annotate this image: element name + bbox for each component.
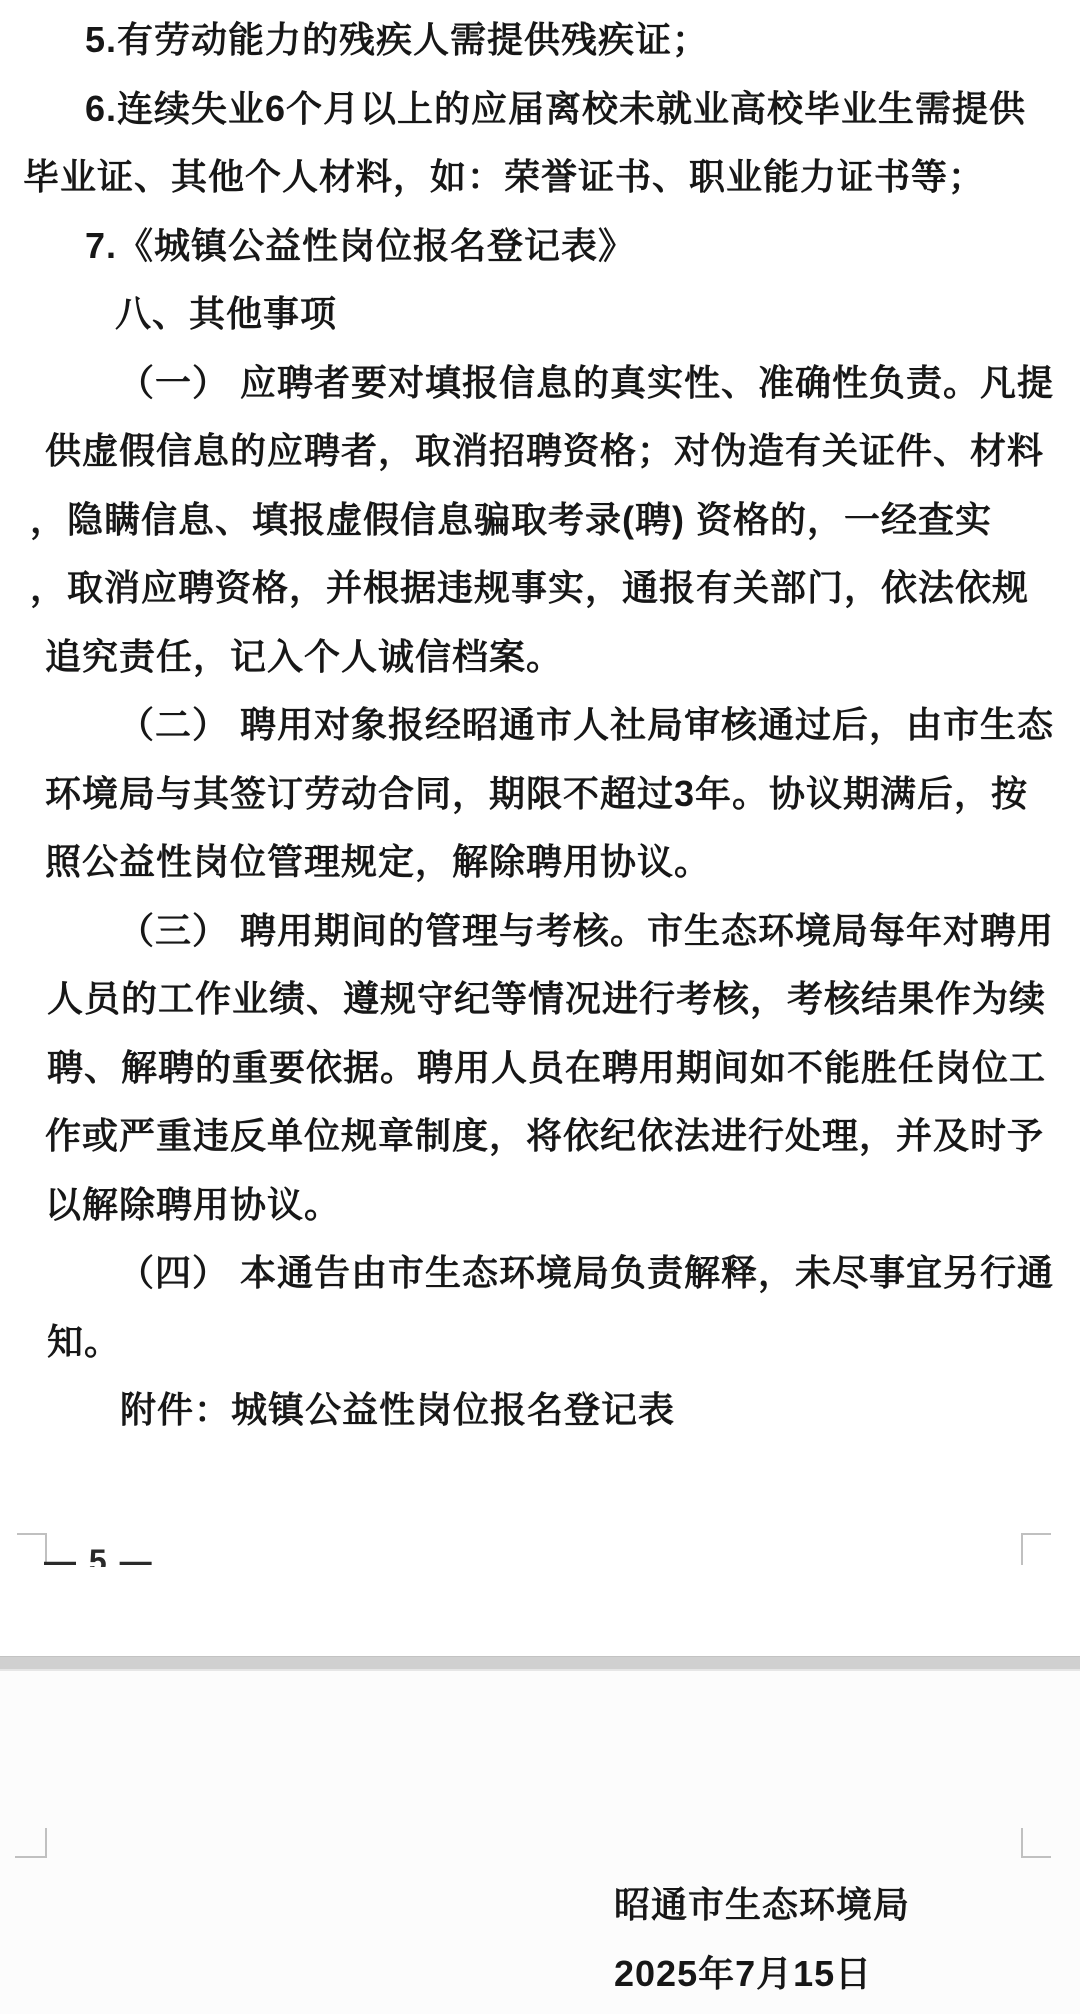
doc-line: （三） 聘用期间的管理与考核。市生态环境局每年对聘用 [118,912,1054,950]
crop-mark-bottom-right-h [1021,1533,1051,1535]
doc-line: 附件：城镇公益性岗位报名登记表 [120,1391,675,1429]
doc-line: 毕业证、其他个人材料，如：荣誉证书、职业能力证书等； [23,158,985,196]
page-5: 5.有劳动能力的残疾人需提供残疾证； 6.连续失业6个月以上的应届离校未就业高校… [0,0,1080,1656]
issuer-signature: 昭通市生态环境局 [614,1886,910,1924]
doc-line: （四） 本通告由市生态环境局负责解释，未尽事宜另行通 [118,1254,1054,1292]
doc-line: ，取消应聘资格，并根据违规事实，通报有关部门，依法依规 [30,569,1029,607]
page-number: — 5 — [44,1545,154,1567]
page-6: 昭通市生态环境局 2025年7月15日 [0,1671,1080,2014]
crop-mark-top-left-v [45,1828,47,1858]
crop-mark-top-right-h [1021,1856,1051,1858]
doc-line: 6.连续失业6个月以上的应届离校未就业高校毕业生需提供 [85,90,1026,128]
doc-line: 人员的工作业绩、遵规守纪等情况进行考核，考核结果作为续 [47,980,1046,1018]
document-viewer[interactable]: 5.有劳动能力的残疾人需提供残疾证； 6.连续失业6个月以上的应届离校未就业高校… [0,0,1080,2014]
doc-line: 知。 [47,1323,121,1361]
crop-mark-top-left-h [15,1856,47,1858]
crop-mark-top-right-v [1021,1828,1023,1858]
issue-date: 2025年7月15日 [614,1955,872,1993]
doc-line: ，隐瞒信息、填报虚假信息骗取考录(聘) 资格的，一经查实 [30,501,992,539]
crop-mark-bottom-right-v [1021,1533,1023,1565]
doc-line: 追究责任，记入个人诚信档案。 [45,638,563,676]
doc-line: （二） 聘用对象报经昭通市人社局审核通过后，由市生态 [118,706,1054,744]
doc-line: （一） 应聘者要对填报信息的真实性、准确性负责。凡提 [118,364,1054,402]
doc-line: 7.《城镇公益性岗位报名登记表》 [85,227,635,265]
doc-line: 照公益性岗位管理规定，解除聘用协议。 [45,843,711,881]
page-divider [0,1656,1080,1671]
doc-line: 供虚假信息的应聘者，取消招聘资格；对伪造有关证件、材料 [45,432,1044,470]
doc-line: 环境局与其签订劳动合同，期限不超过3年。协议期满后，按 [45,775,1028,813]
doc-line: 以解除聘用协议。 [45,1186,341,1224]
crop-mark-bottom-left-h [17,1533,47,1535]
doc-line: 5.有劳动能力的残疾人需提供残疾证； [85,21,709,59]
doc-line: 聘、解聘的重要依据。聘用人员在聘用期间如不能胜任岗位工 [47,1049,1046,1087]
page-number-clip: — 5 — [44,1545,184,1567]
doc-line: 作或严重违反单位规章制度，将依纪依法进行处理，并及时予 [45,1117,1044,1155]
doc-line: 八、其他事项 [115,295,337,333]
